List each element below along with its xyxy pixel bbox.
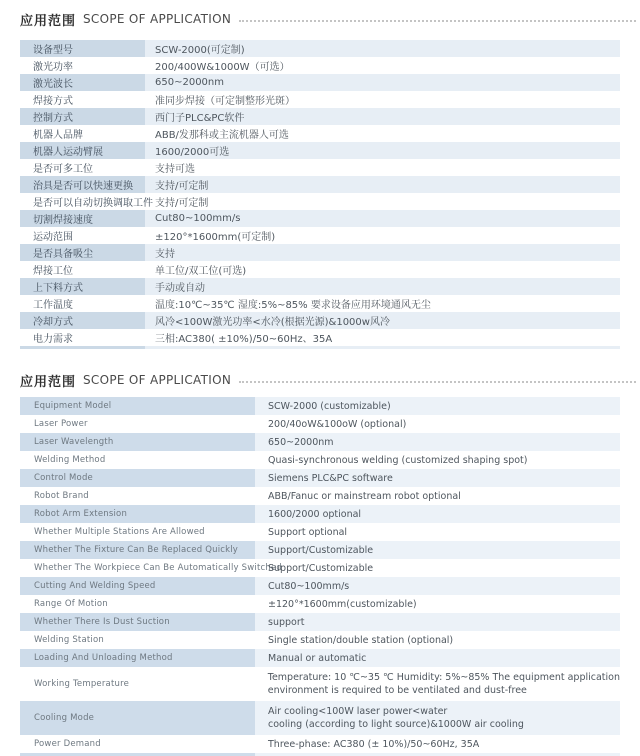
spec-value: support [255, 613, 620, 631]
spec-row: Robot Arm Extension1600/2000 optional [20, 505, 620, 523]
spec-row: 工作温度温度:10℃~35℃ 湿度:5%~85% 要求设备应用环境通风无尘 [20, 295, 620, 312]
spec-row: Power DemandThree-phase: AC380 (± 10%)/5… [20, 735, 620, 753]
spec-value: ±120°*1600mm(可定制) [145, 227, 620, 244]
spec-value: Quasi-synchronous welding (customized sh… [255, 451, 620, 469]
spec-value: 200/40oW&100oW (optional) [255, 415, 620, 433]
spec-label: 切割焊接速度 [20, 210, 145, 227]
spec-label: 治具是否可以快速更换 [20, 176, 145, 193]
spec-row: Welding MethodQuasi-synchronous welding … [20, 451, 620, 469]
spec-row: Range Of Motion±120°*1600mm(customizable… [20, 595, 620, 613]
spec-label: 焊接工位 [20, 261, 145, 278]
spec-row: Laser Power200/40oW&100oW (optional) [20, 415, 620, 433]
spec-row: 治具是否可以快速更换支持/可定制 [20, 176, 620, 193]
spec-label: 是否可以自动切换调取工件 [20, 193, 145, 210]
spec-value: Air cooling<100W laser power<watercoolin… [255, 701, 620, 735]
spec-row: Whether Multiple Stations Are AllowedSup… [20, 523, 620, 541]
spec-label: Laser Wavelength [20, 433, 255, 451]
spec-row: 运动范围±120°*1600mm(可定制) [20, 227, 620, 244]
spec-label: 焊接方式 [20, 91, 145, 108]
spec-value: ABB/发那科或主流机器人可选 [145, 125, 620, 142]
spec-row: 是否可以自动切换调取工件支持/可定制 [20, 193, 620, 210]
spec-value: 支持/可定制 [145, 193, 620, 210]
spec-row: Loading And Unloading MethodManual or au… [20, 649, 620, 667]
spec-value: 支持/可定制 [145, 176, 620, 193]
spec-row: Equipment ModelSCW-2000 (customizable) [20, 397, 620, 415]
spec-label: 设备型号 [20, 40, 145, 57]
spec-value: 手动或自动 [145, 278, 620, 295]
spec-label: Laser Power [20, 415, 255, 433]
spec-value: Siemens PLC&PC software [255, 469, 620, 487]
spec-table-cn: 设备型号SCW-2000(可定制)激光功率200/400W&1000W（可选）激… [20, 40, 620, 346]
spec-row: Cooling ModeAir cooling<100W laser power… [20, 701, 620, 735]
dotted-leader [239, 20, 636, 22]
spec-sheet-page: 应用范围 SCOPE OF APPLICATION 设备型号SCW-2000(可… [0, 0, 640, 756]
spec-label: 控制方式 [20, 108, 145, 125]
spec-row: 电力需求三相:AC380( ±10%)/50~60Hz、35A [20, 329, 620, 346]
spec-label: Cooling Mode [20, 701, 255, 735]
spec-value: Manual or automatic [255, 649, 620, 667]
spec-row: Whether There Is Dust Suctionsupport [20, 613, 620, 631]
spec-value: Temperature: 10 ℃~35 ℃ Humidity: 5%~85% … [255, 667, 620, 701]
spec-label: 机器人品牌 [20, 125, 145, 142]
table-footer-strip [20, 346, 620, 349]
section-title-en: SCOPE OF APPLICATION [83, 373, 231, 387]
spec-label: 上下料方式 [20, 278, 145, 295]
spec-label: Loading And Unloading Method [20, 649, 255, 667]
spec-row: 激光功率200/400W&1000W（可选） [20, 57, 620, 74]
spec-row: 是否具备吸尘支持 [20, 244, 620, 261]
spec-row: 焊接方式准同步焊接（可定制整形光斑） [20, 91, 620, 108]
footer-strip-label-segment [20, 346, 145, 349]
spec-value: 650~2000nm [145, 74, 620, 91]
spec-table-en: Equipment ModelSCW-2000 (customizable)La… [20, 397, 620, 753]
spec-value: Support optional [255, 523, 620, 541]
spec-row: 上下料方式手动或自动 [20, 278, 620, 295]
spec-value: 支持可选 [145, 159, 620, 176]
spec-label: Range Of Motion [20, 595, 255, 613]
section-header-en: 应用范围 SCOPE OF APPLICATION [20, 369, 636, 391]
spec-value: 准同步焊接（可定制整形光斑） [145, 91, 620, 108]
footer-strip-value-segment [145, 346, 620, 349]
spec-row: 焊接工位单工位/双工位(可选) [20, 261, 620, 278]
spec-label: Equipment Model [20, 397, 255, 415]
spec-row: 机器人品牌ABB/发那科或主流机器人可选 [20, 125, 620, 142]
spec-label: 电力需求 [20, 329, 145, 346]
spec-label: 是否具备吸尘 [20, 244, 145, 261]
spec-value: 1600/2000 optional [255, 505, 620, 523]
spec-value: 650~2000nm [255, 433, 620, 451]
spec-label: Cutting And Welding Speed [20, 577, 255, 595]
spec-label: 是否可多工位 [20, 159, 145, 176]
spec-label: Whether The Workpiece Can Be Automatical… [20, 559, 255, 577]
spec-label: Robot Brand [20, 487, 255, 505]
spec-row: 激光波长650~2000nm [20, 74, 620, 91]
spec-value: 温度:10℃~35℃ 湿度:5%~85% 要求设备应用环境通风无尘 [145, 295, 620, 312]
spec-row: Welding StationSingle station/double sta… [20, 631, 620, 649]
spec-value: 风冷<100W激光功率<水冷(根据光源)&1000w风冷 [145, 312, 620, 329]
spec-value: 支持 [145, 244, 620, 261]
spec-row: Whether The Fixture Can Be Replaced Quic… [20, 541, 620, 559]
spec-row: 机器人运动臂展1600/2000可选 [20, 142, 620, 159]
spec-label: 冷却方式 [20, 312, 145, 329]
spec-label: Robot Arm Extension [20, 505, 255, 523]
spec-row: Robot BrandABB/Fanuc or mainstream robot… [20, 487, 620, 505]
spec-value: 200/400W&1000W（可选） [145, 57, 620, 74]
spec-value: Three-phase: AC380 (± 10%)/50~60Hz, 35A [255, 735, 620, 753]
spec-value: 三相:AC380( ±10%)/50~60Hz、35A [145, 329, 620, 346]
spec-label: Control Mode [20, 469, 255, 487]
spec-value: ±120°*1600mm(customizable) [255, 595, 620, 613]
spec-label: Power Demand [20, 735, 255, 753]
spec-label: 激光波长 [20, 74, 145, 91]
section-title-en: SCOPE OF APPLICATION [83, 12, 231, 26]
spec-value: Support/Customizable [255, 559, 620, 577]
dotted-leader [239, 381, 636, 383]
spec-value: 西门子PLC&PC软件 [145, 108, 620, 125]
spec-row: 控制方式西门子PLC&PC软件 [20, 108, 620, 125]
spec-row: Working TemperatureTemperature: 10 ℃~35 … [20, 667, 620, 701]
spec-label: 机器人运动臂展 [20, 142, 145, 159]
spec-row: 是否可多工位支持可选 [20, 159, 620, 176]
spec-value: Cut80~100mm/s [145, 210, 620, 227]
spec-label: Whether Multiple Stations Are Allowed [20, 523, 255, 541]
section-title-zh: 应用范围 [20, 371, 76, 390]
spec-value: 单工位/双工位(可选) [145, 261, 620, 278]
spec-label: Whether The Fixture Can Be Replaced Quic… [20, 541, 255, 559]
spec-row: Cutting And Welding SpeedCut80~100mm/s [20, 577, 620, 595]
spec-value: ABB/Fanuc or mainstream robot optional [255, 487, 620, 505]
spec-label: 工作温度 [20, 295, 145, 312]
spec-label: 激光功率 [20, 57, 145, 74]
section-title-zh: 应用范围 [20, 10, 76, 29]
spec-label: Welding Station [20, 631, 255, 649]
spec-value: SCW-2000(可定制) [145, 40, 620, 57]
spec-label: Welding Method [20, 451, 255, 469]
spec-row: 切割焊接速度Cut80~100mm/s [20, 210, 620, 227]
spec-label: Working Temperature [20, 667, 255, 701]
spec-label: 运动范围 [20, 227, 145, 244]
spec-row: 设备型号SCW-2000(可定制) [20, 40, 620, 57]
spec-label: Whether There Is Dust Suction [20, 613, 255, 631]
spec-value: SCW-2000 (customizable) [255, 397, 620, 415]
spec-value: Support/Customizable [255, 541, 620, 559]
spec-row: Laser Wavelength650~2000nm [20, 433, 620, 451]
spec-value: Single station/double station (optional) [255, 631, 620, 649]
spec-value: 1600/2000可选 [145, 142, 620, 159]
spec-row: Whether The Workpiece Can Be Automatical… [20, 559, 620, 577]
section-header-cn: 应用范围 SCOPE OF APPLICATION [20, 8, 636, 30]
spec-value: Cut80~100mm/s [255, 577, 620, 595]
spec-row: 冷却方式风冷<100W激光功率<水冷(根据光源)&1000w风冷 [20, 312, 620, 329]
spec-row: Control ModeSiemens PLC&PC software [20, 469, 620, 487]
